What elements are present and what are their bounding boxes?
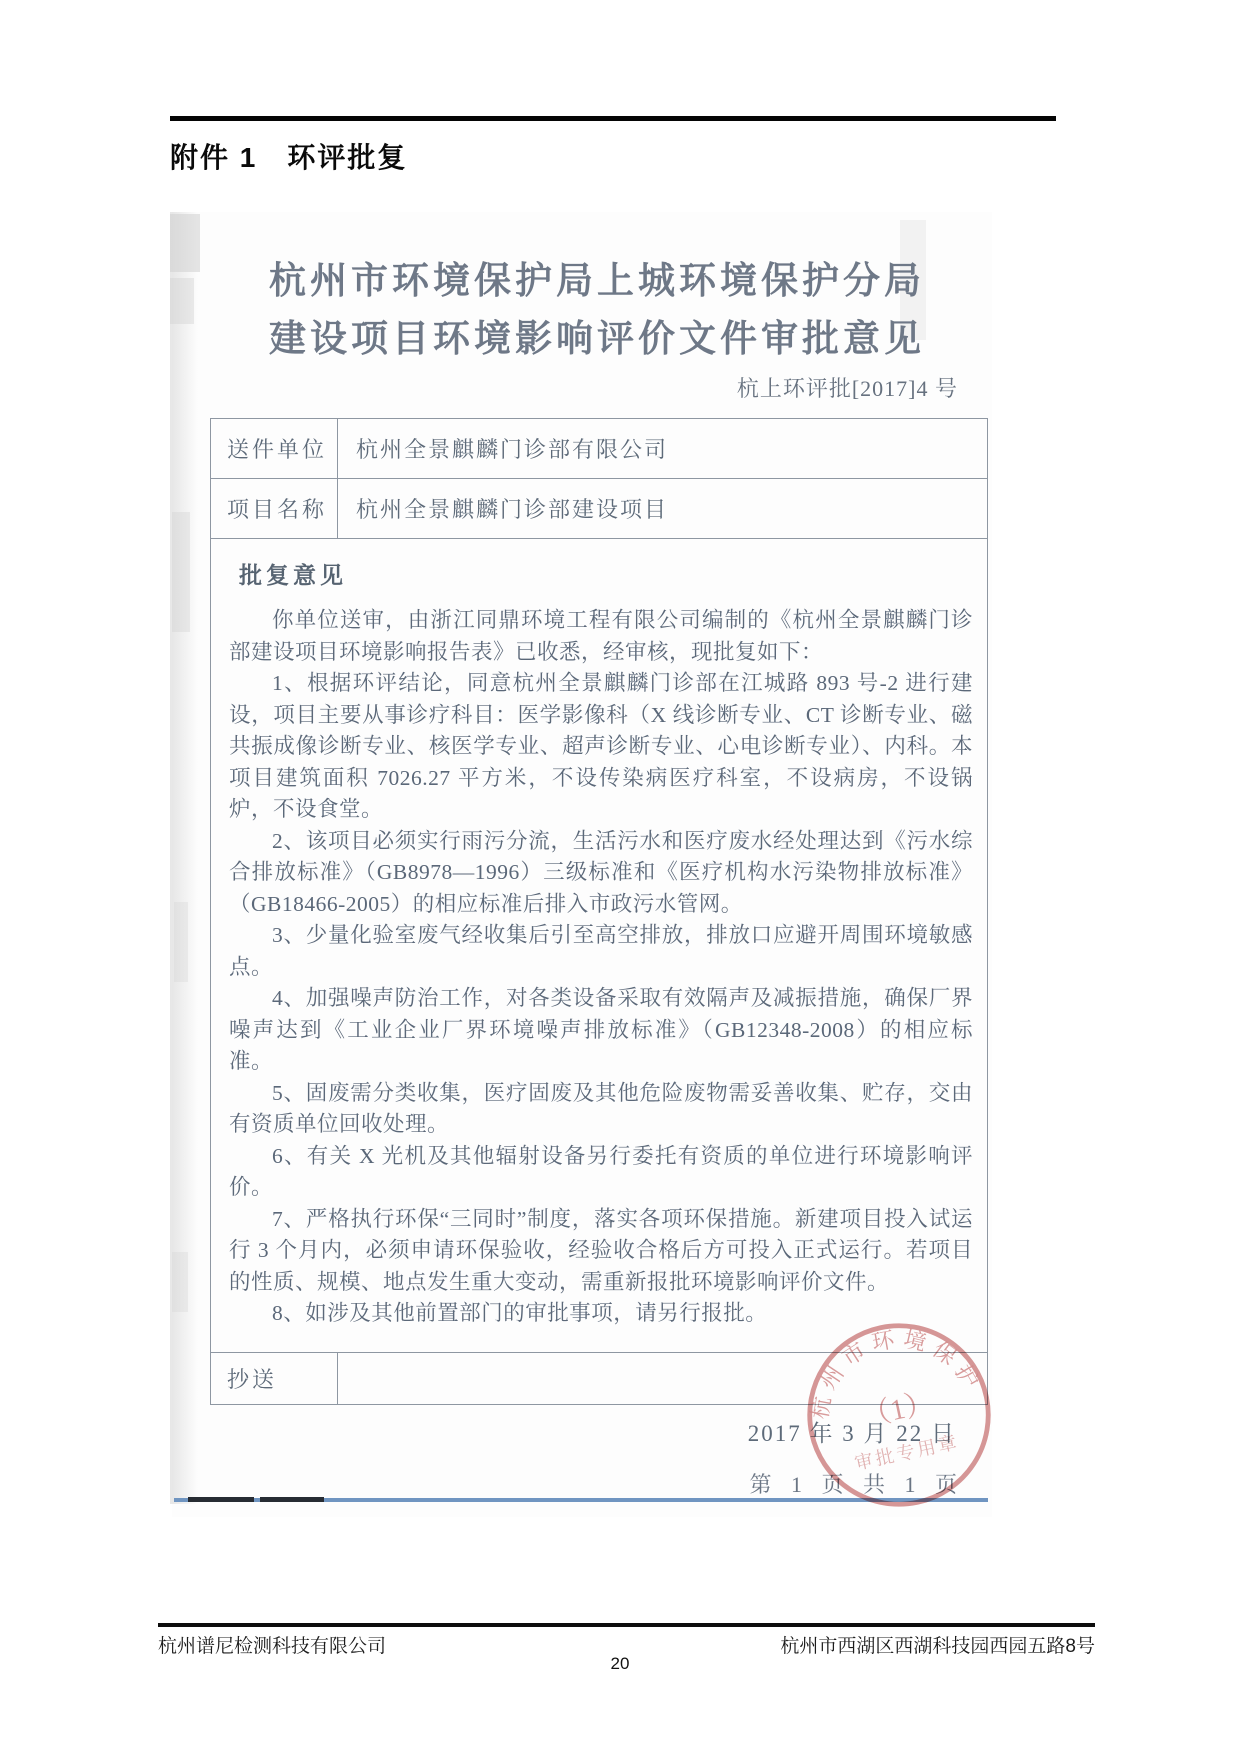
approval-opinion-section: 批复意见 你单位送审，由浙江同鼎环境工程有限公司编制的《杭州全景麒麟门诊部建设项… xyxy=(211,539,987,1353)
submit-unit-row: 送件单位 杭州全景麒麟门诊部有限公司 xyxy=(211,419,987,479)
header-divider xyxy=(170,116,1056,121)
scan-artifact xyxy=(172,512,190,632)
approval-paragraph: 你单位送审，由浙江同鼎环境工程有限公司编制的《杭州全景麒麟门诊部建设项目环境影响… xyxy=(229,605,973,668)
doc-title-line1: 杭州市环境保护局上城环境保护分局 xyxy=(232,250,962,304)
scan-artifact xyxy=(174,902,188,982)
scan-artifact xyxy=(170,214,200,272)
page-title: 附件 1 环评批复 xyxy=(170,136,407,176)
approval-table: 送件单位 杭州全景麒麟门诊部有限公司 项目名称 杭州全景麒麟门诊部建设项目 批复… xyxy=(210,418,988,1405)
approval-paragraph: 2、该项目必须实行雨污分流，生活污水和医疗废水经处理达到《污水综合排放标准》（G… xyxy=(229,826,973,921)
approval-paragraph: 4、加强噪声防治工作，对各类设备采取有效隔声及减振措施，确保厂界噪声达到《工业企… xyxy=(229,983,973,1078)
document-page: 附件 1 环评批复 杭州市环境保护局上城环境保护分局 建设项目环境影响评价文件审… xyxy=(0,0,1240,1754)
scan-edge-dark-segment xyxy=(260,1497,324,1502)
approval-paragraph: 1、根据环评结论，同意杭州全景麒麟门诊部在江城路 893 号-2 进行建设，项目… xyxy=(229,668,973,826)
scanned-document: 杭州市环境保护局上城环境保护分局 建设项目环境影响评价文件审批意见 杭上环评批[… xyxy=(172,212,992,1517)
project-name-label: 项目名称 xyxy=(211,479,338,538)
approval-paragraphs: 你单位送审，由浙江同鼎环境工程有限公司编制的《杭州全景麒麟门诊部建设项目环境影响… xyxy=(229,605,973,1330)
official-stamp: 杭州市环境保护局 （1） 审批专用章 xyxy=(784,1300,1014,1530)
project-name-value: 杭州全景麒麟门诊部建设项目 xyxy=(338,479,987,538)
submit-unit-value: 杭州全景麒麟门诊部有限公司 xyxy=(338,419,987,478)
stamp-graphic: 杭州市环境保护局 （1） 审批专用章 xyxy=(784,1300,1014,1530)
scan-artifact xyxy=(172,1252,188,1312)
stamp-center-text: （1） xyxy=(859,1387,937,1433)
approval-paragraph: 7、严格执行环保“三同时”制度，落实各项环保措施。新建项目投入试运行 3 个月内… xyxy=(229,1204,973,1299)
approval-paragraph: 5、固废需分类收集，医疗固废及其他危险废物需妥善收集、贮存，交由有资质单位回收处… xyxy=(229,1078,973,1141)
doc-title-line2: 建设项目环境影响评价文件审批意见 xyxy=(232,308,962,362)
approval-section-label: 批复意见 xyxy=(239,557,973,590)
scan-artifact xyxy=(170,278,194,324)
doc-reference-number: 杭上环评批[2017]4 号 xyxy=(737,372,958,403)
scan-edge-dark-segment xyxy=(188,1497,254,1502)
submit-unit-label: 送件单位 xyxy=(211,419,338,478)
project-name-row: 项目名称 杭州全景麒麟门诊部建设项目 xyxy=(211,479,987,539)
cc-label: 抄送 xyxy=(211,1353,338,1404)
footer-divider xyxy=(158,1623,1095,1627)
stamp-lower-text: 审批专用章 xyxy=(853,1432,961,1474)
approval-paragraph: 6、有关 X 光机及其他辐射设备另行委托有资质的单位进行环境影响评价。 xyxy=(229,1141,973,1204)
footer-page-number: 20 xyxy=(0,1654,1240,1674)
approval-paragraph: 3、少量化验室废气经收集后引至高空排放，排放口应避开周围环境敏感点。 xyxy=(229,920,973,983)
